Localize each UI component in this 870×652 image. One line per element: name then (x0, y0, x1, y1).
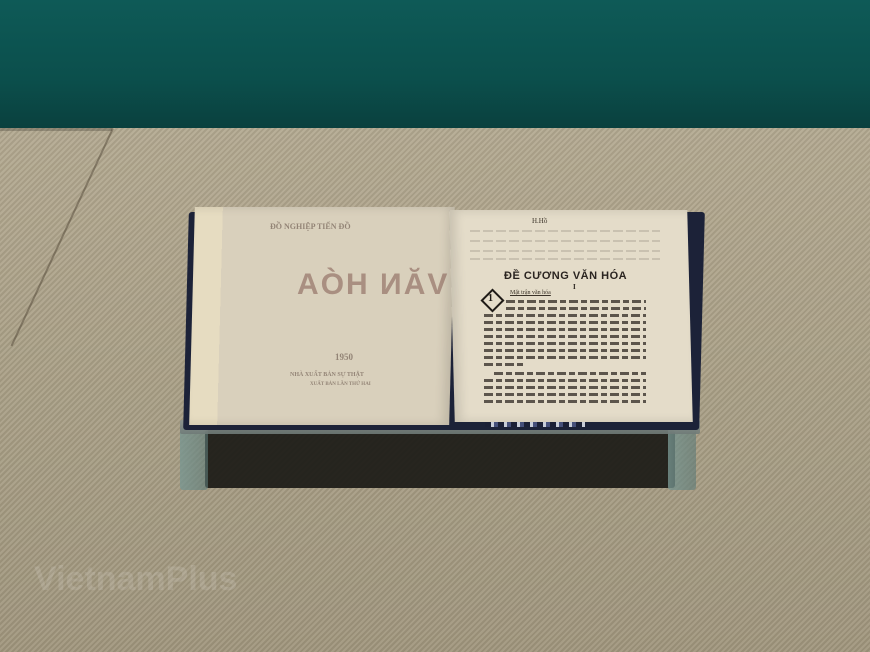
bleed-through-line (470, 258, 660, 260)
body-text-line (484, 400, 646, 403)
body-text-line (494, 372, 646, 375)
body-text-line (506, 307, 646, 310)
right-page-subheading: Mặt trận văn hóa (510, 290, 551, 296)
table-panel-edge (0, 128, 112, 131)
body-text-line (484, 342, 646, 345)
body-text-line (484, 349, 646, 352)
body-text-line (484, 356, 646, 359)
body-text-line (484, 335, 646, 338)
stand-underside-shadow (205, 430, 675, 488)
left-page-edition: XUẤT BẢN LẦN THỨ HAI (310, 382, 371, 387)
body-text-line (484, 321, 646, 324)
bleed-through-line (470, 250, 660, 252)
acrylic-stand-right-leg (668, 428, 696, 490)
body-text-line (484, 386, 646, 389)
body-text-line (484, 393, 646, 396)
photo-watermark: VietnamPlus (34, 560, 237, 599)
right-page-section-number: I (573, 283, 576, 291)
body-text-line (484, 328, 646, 331)
right-page-marker: H.Hồ (532, 217, 547, 225)
left-page-publisher: NHÀ XUẤT BẢN SỰ THẬT (290, 372, 364, 378)
acrylic-stand-left-leg (180, 428, 208, 490)
left-page-mirrored-title: VĂN HÓA (295, 268, 447, 302)
teal-wall-background (0, 0, 870, 132)
body-text-line (484, 363, 524, 366)
bleed-through-line (470, 240, 660, 242)
left-page-top-line: ĐỒ NGHIỆP TIẾN ĐỒ (270, 222, 351, 231)
left-page-date: 1950 (335, 352, 353, 362)
bleed-through-line (470, 230, 660, 232)
drop-cap-number: 1 (488, 293, 493, 304)
body-text-line (484, 314, 646, 317)
body-text-line (506, 300, 646, 303)
body-text-line (484, 379, 646, 382)
right-page-title: ĐỀ CƯƠNG VĂN HÓA (504, 270, 627, 282)
book-left-page (189, 207, 455, 425)
